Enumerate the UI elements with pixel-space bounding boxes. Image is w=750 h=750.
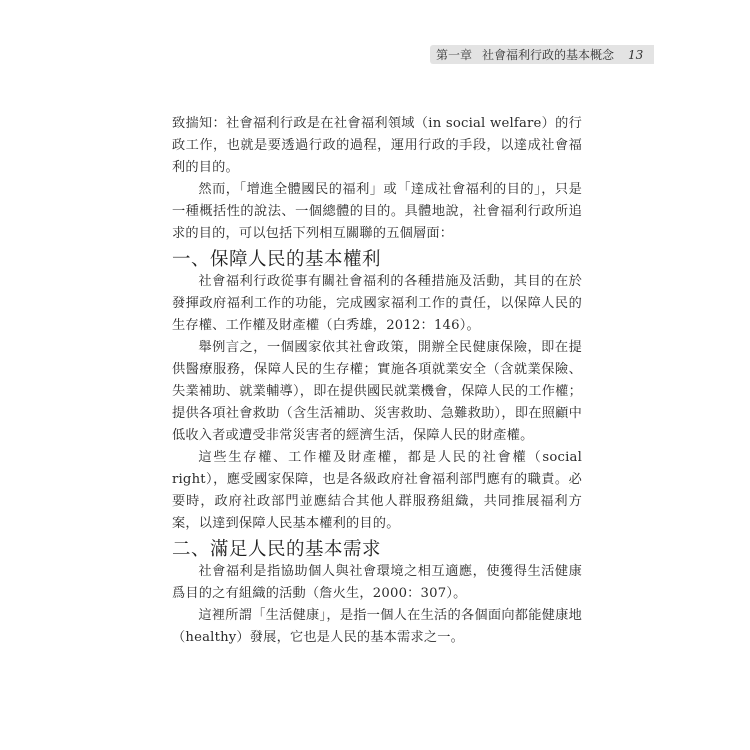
page-number: 13 <box>628 48 643 62</box>
section-2-paragraph-1: 社會福利是指協助個人與社會環境之相互適應，使獲得生活健康爲目的之有組織的活動（詹… <box>172 561 582 605</box>
section-1-paragraph-1: 社會福利行政從事有關社會福利的各種措施及活動，其目的在於發揮政府福利工作的功能，… <box>172 271 582 337</box>
chapter-label: 第一章 <box>436 46 472 63</box>
section-2-paragraph-2: 這裡所謂「生活健康」，是指一個人在生活的各個面向都能健康地（healthy）發展… <box>172 605 582 649</box>
intro-paragraph-2: 然而，「增進全體國民的福利」或「達成社會福利的目的」，只是一種概括性的說法、一個… <box>172 179 582 245</box>
section-heading-2: 二、滿足人民的基本需求 <box>172 535 582 561</box>
section-heading-1: 一、保障人民的基本權利 <box>172 245 582 271</box>
page-body: 致揣知：社會福利行政是在社會福利領域（in social welfare）的行政… <box>172 113 582 649</box>
running-header: 第一章 社會福利行政的基本概念 13 <box>430 45 654 64</box>
section-1-paragraph-3: 這些生存權、工作權及財產權，都是人民的社會權（social right），應受國… <box>172 447 582 535</box>
section-1-paragraph-2: 舉例言之，一個國家依其社會政策，開辦全民健康保險，即在提供醫療服務，保障人民的生… <box>172 337 582 447</box>
chapter-title: 社會福利行政的基本概念 <box>482 46 614 63</box>
intro-paragraph-1: 致揣知：社會福利行政是在社會福利領域（in social welfare）的行政… <box>172 113 582 179</box>
